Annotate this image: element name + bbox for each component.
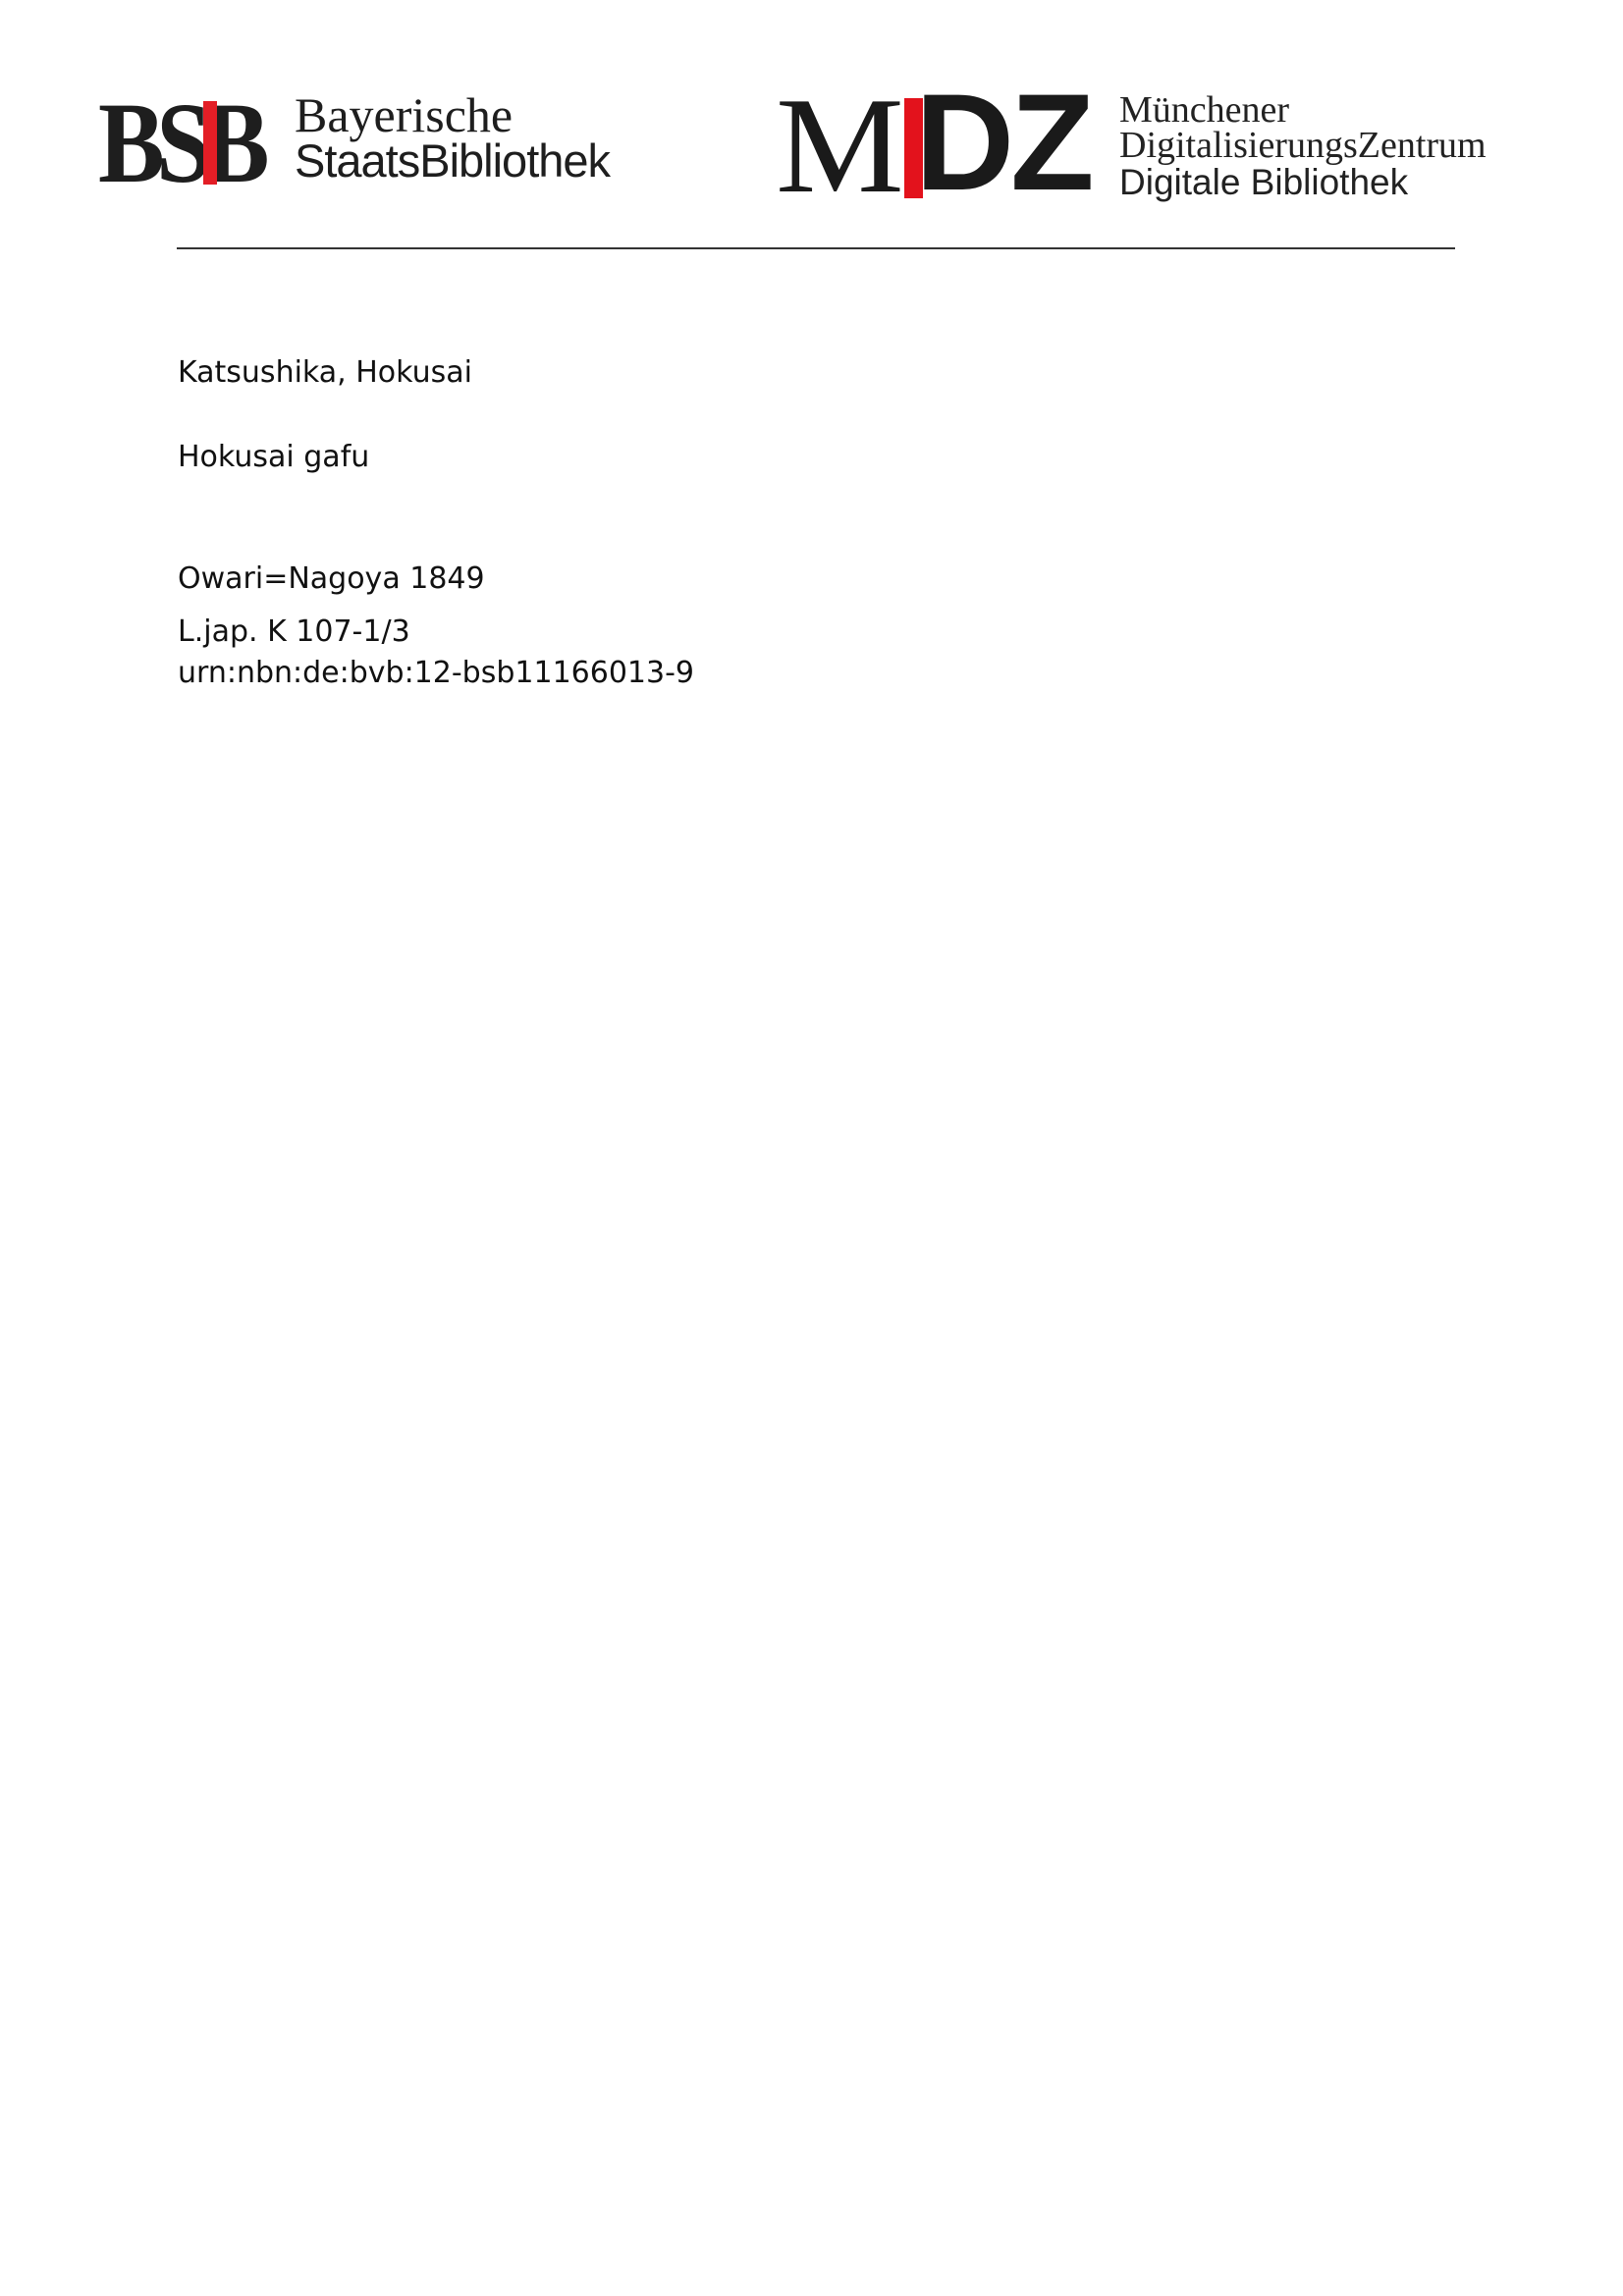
mdz-logo-name: Münchener DigitalisierungsZentrum Digita… [1119, 92, 1487, 202]
bsb-name-line2: StaatsBibliothek [295, 137, 610, 185]
bsb-logo-red-bar [203, 101, 217, 185]
mdz-logo-m: M [776, 82, 904, 210]
mdz-logo-dz: DZ [915, 79, 1091, 206]
record-author: Katsushika, Hokusai [178, 355, 472, 391]
record-imprint: Owari=Nagoya 1849 [178, 561, 485, 597]
mdz-logo-mark: M DZ [776, 90, 1090, 200]
bsb-name-line1: Bayerische [295, 92, 610, 137]
mdz-name-line1: Münchener [1119, 92, 1487, 128]
header-divider [177, 247, 1455, 249]
mdz-name-line3: Digitale Bibliothek [1119, 163, 1487, 202]
bsb-logo-name: Bayerische StaatsBibliothek [295, 92, 610, 185]
record-title: Hokusai gafu [178, 440, 369, 475]
mdz-logo-red-bar [904, 98, 923, 198]
record-shelfmark: L.jap. K 107-1/3 [178, 614, 410, 650]
mdz-name-line2: DigitalisierungsZentrum [1119, 128, 1487, 163]
bsb-logo-letters: BSB [98, 85, 261, 201]
bsb-logo-mark: BSB [98, 99, 281, 186]
record-urn: urn:nbn:de:bvb:12-bsb11166013-9 [178, 656, 694, 691]
